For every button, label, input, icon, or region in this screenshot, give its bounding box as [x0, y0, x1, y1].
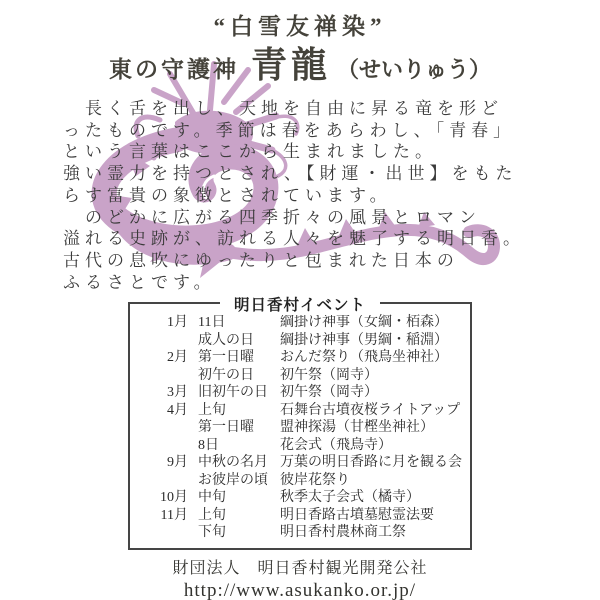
description-line: 長く舌を出し、天地を自由に昇る竜を形ど [63, 98, 537, 120]
description-line: 溢れる史跡が、訪れる人々を魅了する明日香。 [63, 228, 537, 250]
event-row: 初午の日 初午祭（岡寺） [146, 367, 464, 385]
description-line: ふるさとです。 [63, 272, 537, 294]
event-name: 花会式（飛鳥寺） [280, 437, 464, 455]
description-line: ったものです。季節は春をあらわし、「青春」 [63, 120, 537, 142]
event-name: 初午祭（岡寺） [280, 367, 464, 385]
footer: 財団法人 明日香村観光開発公社 http://www.asukanko.or.j… [0, 558, 600, 600]
event-row: 10月 中旬 秋季太子会式（橘寺） [146, 489, 464, 507]
event-row: 8日 花会式（飛鳥寺） [146, 437, 464, 455]
event-month [146, 437, 188, 455]
event-month: 11月 [146, 507, 188, 525]
event-day: お彼岸の頃 [198, 472, 270, 490]
deity-title: 東の守護神 青龍 （せいりゅう） [0, 43, 600, 95]
event-month: 3月 [146, 384, 188, 402]
event-row: 成人の日 綱掛け神事（男綱・稲淵） [146, 332, 464, 350]
event-day: 上旬 [198, 507, 270, 525]
event-name: 綱掛け神事（男綱・稲淵） [280, 332, 464, 350]
description-line: という言葉はここから生まれました。 [63, 141, 537, 163]
event-row: 3月 旧初午の日 初午祭（岡寺） [146, 384, 464, 402]
event-month [146, 524, 188, 542]
event-row: 4月 上旬 石舞台古墳夜桜ライトアップ [146, 402, 464, 420]
events-box-title: 明日香村イベント [220, 293, 380, 315]
event-month: 9月 [146, 454, 188, 472]
event-name: 万葉の明日香路に月を観る会 [280, 454, 464, 472]
event-name: 盟神探湯（甘樫坐神社） [280, 419, 464, 437]
event-month: 4月 [146, 402, 188, 420]
event-month [146, 367, 188, 385]
event-day: 第一日曜 [198, 419, 270, 437]
event-name: 初午祭（岡寺） [280, 384, 464, 402]
event-month [146, 472, 188, 490]
website-url: http://www.asukanko.or.jp/ [0, 580, 600, 600]
description-line: らす富貴の象徴とされています。 [63, 185, 537, 207]
event-month [146, 419, 188, 437]
event-day: 中秋の名月 [198, 454, 270, 472]
event-day: 11日 [198, 314, 270, 332]
event-day: 第一日曜 [198, 349, 270, 367]
event-day: 8日 [198, 437, 270, 455]
event-day: 中旬 [198, 489, 270, 507]
event-name: 秋季太子会式（橘寺） [280, 489, 464, 507]
event-day: 下旬 [198, 524, 270, 542]
product-label-card: “白雪友禅染” 東の守護神 青龍 （せいりゅう） 長く舌を出し、天地を自由に昇る… [0, 0, 600, 600]
event-row: 第一日曜 盟神探湯（甘樫坐神社） [146, 419, 464, 437]
event-row: お彼岸の頃 彼岸花祭り [146, 472, 464, 490]
deity-reading: （せいりゅう） [337, 57, 491, 82]
event-row: 9月 中秋の名月 万葉の明日香路に月を観る会 [146, 454, 464, 472]
description-line: 古代の息吹にゆったりと包まれた日本の [63, 250, 537, 272]
organization-name: 財団法人 明日香村観光開発公社 [0, 558, 600, 580]
event-row: 2月 第一日曜 おんだ祭り（飛鳥坐神社） [146, 349, 464, 367]
event-day: 成人の日 [198, 332, 270, 350]
header: “白雪友禅染” 東の守護神 青龍 （せいりゅう） [0, 0, 600, 95]
event-day: 旧初午の日 [198, 384, 270, 402]
event-row: 1月 11日 綱掛け神事（女綱・栢森） [146, 314, 464, 332]
description-line: 強い霊力を持つとされ、【財運・出世】をもた [63, 163, 537, 185]
event-name: 彼岸花祭り [280, 472, 464, 490]
description-text: 長く舌を出し、天地を自由に昇る竜を形ど ったものです。季節は春をあらわし、「青春… [63, 98, 537, 293]
brand-title: “白雪友禅染” [0, 11, 600, 43]
event-month: 1月 [146, 314, 188, 332]
description-line: のどかに広がる四季折々の風景とロマン [63, 207, 537, 229]
event-name: 綱掛け神事（女綱・栢森） [280, 314, 464, 332]
event-month: 2月 [146, 349, 188, 367]
event-day: 初午の日 [198, 367, 270, 385]
event-name: 明日香村農林商工祭 [280, 524, 464, 542]
event-name: おんだ祭り（飛鳥坐神社） [280, 349, 464, 367]
deity-prefix: 東の守護神 [109, 57, 239, 82]
event-month: 10月 [146, 489, 188, 507]
event-name: 石舞台古墳夜桜ライトアップ [280, 402, 464, 420]
event-row: 下旬 明日香村農林商工祭 [146, 524, 464, 542]
events-box: 明日香村イベント 1月 11日 綱掛け神事（女綱・栢森） 成人の日 綱掛け神事（… [128, 302, 472, 550]
event-month [146, 332, 188, 350]
event-day: 上旬 [198, 402, 270, 420]
deity-name: 青龍 [251, 45, 331, 85]
event-name: 明日香路古墳墓慰霊法要 [280, 507, 464, 525]
event-row: 11月 上旬 明日香路古墳墓慰霊法要 [146, 507, 464, 525]
